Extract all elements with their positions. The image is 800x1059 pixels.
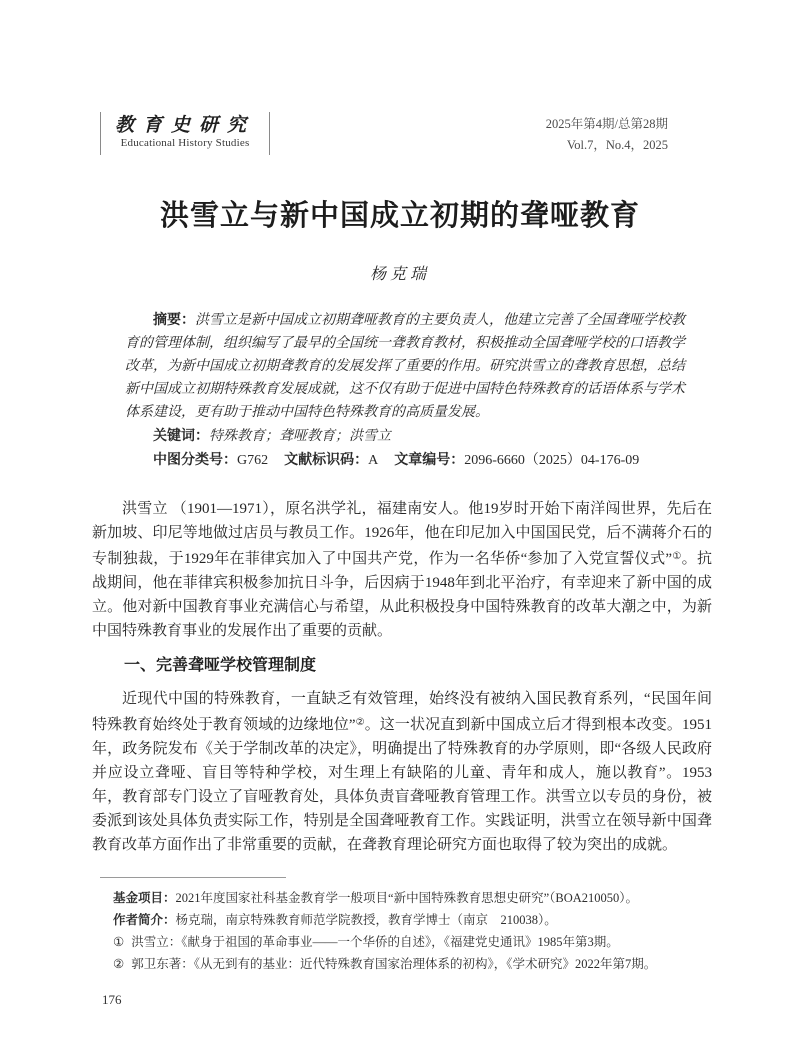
article-id-label: 文章编号： <box>394 451 464 467</box>
page-header: 教育史研究 Educational History Studies 2025年第… <box>0 112 800 162</box>
author-bio-text: 杨克瑞，南京特殊教育师范学院教授，教育学博士（南京 210038）。 <box>176 913 557 927</box>
fund-project-text: 2021年度国家社科基金教育学一般项目“新中国特殊教育思想史研究”（BOA210… <box>176 891 639 905</box>
footnote-ref-1: ① <box>672 551 682 562</box>
footnote-separator <box>100 877 286 878</box>
section-heading-1: 一、完善聋哑学校管理制度 <box>92 655 712 677</box>
keywords-text: 特殊教育；聋哑教育；洪雪立 <box>209 428 391 444</box>
journal-name-en: Educational History Studies <box>115 136 255 151</box>
page-number: 176 <box>102 992 122 1008</box>
journal-name-cn: 教育史研究 <box>115 114 255 136</box>
abstract-label: 摘要： <box>153 311 195 327</box>
footnote-2: ②郭卫东著：《从无到有的基业：近代特殊教育国家治理体系的初构》，《学术研究》20… <box>92 953 712 975</box>
issue-info-en: Vol.7，No.4，2025 <box>546 135 668 156</box>
doc-code-label: 文献标识码： <box>284 451 368 467</box>
abstract-text: 洪雪立是新中国成立初期聋哑教育的主要负责人，他建立完善了全国聋哑学校教育的管理体… <box>125 312 685 420</box>
fund-project-line: 基金项目：2021年度国家社科基金教育学一般项目“新中国特殊教育思想史研究”（B… <box>92 887 712 909</box>
footnote-ref-2: ② <box>356 717 365 728</box>
footnote-2-marker: ② <box>113 957 124 971</box>
footnote-1-marker: ① <box>113 935 124 949</box>
body-paragraph-2: 近现代中国的特殊教育，一直缺乏有效管理，始终没有被纳入国民教育系列，“民国年间特… <box>92 687 712 857</box>
author-bio-label: 作者简介： <box>113 913 176 927</box>
author-bio-line: 作者简介：杨克瑞，南京特殊教育师范学院教授，教育学博士（南京 210038）。 <box>92 909 712 931</box>
abstract-paragraph: 摘要：洪雪立是新中国成立初期聋哑教育的主要负责人，他建立完善了全国聋哑学校教育的… <box>125 308 685 424</box>
article-title: 洪雪立与新中国成立初期的聋哑教育 <box>0 193 800 234</box>
journal-page: 教育史研究 Educational History Studies 2025年第… <box>0 0 800 1059</box>
article-body: 洪雪立 （1901—1971），原名洪学礼，福建南安人。他19岁时开始下南洋闯世… <box>92 497 712 857</box>
body-paragraph-1: 洪雪立 （1901—1971），原名洪学礼，福建南安人。他19岁时开始下南洋闯世… <box>92 497 712 643</box>
p2-text-after: 。这一状况直到新中国成立后才得到根本改变。1951年，政务院发布《关于学制改革的… <box>92 717 712 853</box>
article-id-value: 2096-6660（2025）04-176-09 <box>464 453 639 468</box>
footnote-1: ①洪雪立：《献身于祖国的革命事业——一个华侨的自述》，《福建党史通讯》1985年… <box>92 931 712 953</box>
keywords-line: 关键词：特殊教育；聋哑教育；洪雪立 <box>125 424 685 448</box>
abstract-block: 摘要：洪雪立是新中国成立初期聋哑教育的主要负责人，他建立完善了全国聋哑学校教育的… <box>125 308 685 472</box>
classification-line: 中图分类号：G762文献标识码：A文章编号：2096-6660（2025）04-… <box>125 448 685 472</box>
journal-logo: 教育史研究 Educational History Studies <box>100 112 270 155</box>
keywords-label: 关键词： <box>153 427 209 443</box>
issue-info: 2025年第4期/总第28期 Vol.7，No.4，2025 <box>546 114 668 156</box>
article-author: 杨克瑞 <box>0 261 800 284</box>
footnote-area: 基金项目：2021年度国家社科基金教育学一般项目“新中国特殊教育思想史研究”（B… <box>92 877 712 975</box>
doc-code-value: A <box>368 453 378 468</box>
p1-text-before: 洪雪立 （1901—1971），原名洪学礼，福建南安人。他19岁时开始下南洋闯世… <box>92 501 712 567</box>
clc-value: G762 <box>237 453 268 468</box>
fund-project-label: 基金项目： <box>113 891 176 905</box>
footnote-2-text: 郭卫东著：《从无到有的基业：近代特殊教育国家治理体系的初构》，《学术研究》202… <box>131 957 656 971</box>
issue-info-cn: 2025年第4期/总第28期 <box>546 114 668 135</box>
footnote-1-text: 洪雪立：《献身于祖国的革命事业——一个华侨的自述》，《福建党史通讯》1985年第… <box>131 935 619 949</box>
clc-label: 中图分类号： <box>153 451 237 467</box>
